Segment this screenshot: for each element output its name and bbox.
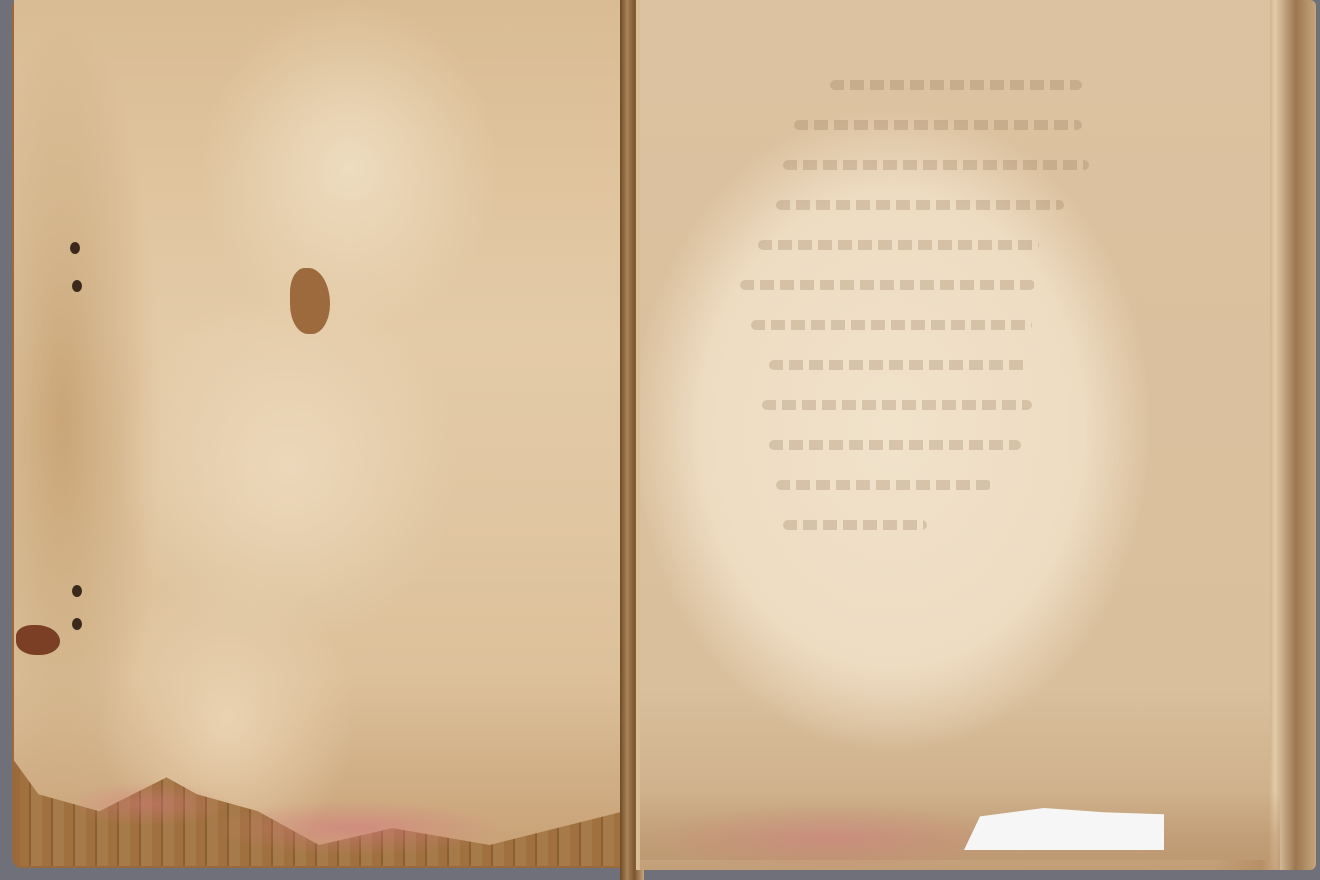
binding-hole (72, 618, 82, 630)
right-bottom-stain (640, 790, 1280, 870)
binding-hole (72, 585, 82, 597)
manuscript-photo (0, 0, 1320, 880)
faint-text-bleedthrough (740, 80, 1100, 560)
rust-stain (16, 625, 60, 655)
binding-hole (70, 242, 80, 254)
binding-hole (72, 280, 82, 292)
left-pink-stain (80, 780, 540, 860)
left-endleaf (14, 0, 624, 845)
